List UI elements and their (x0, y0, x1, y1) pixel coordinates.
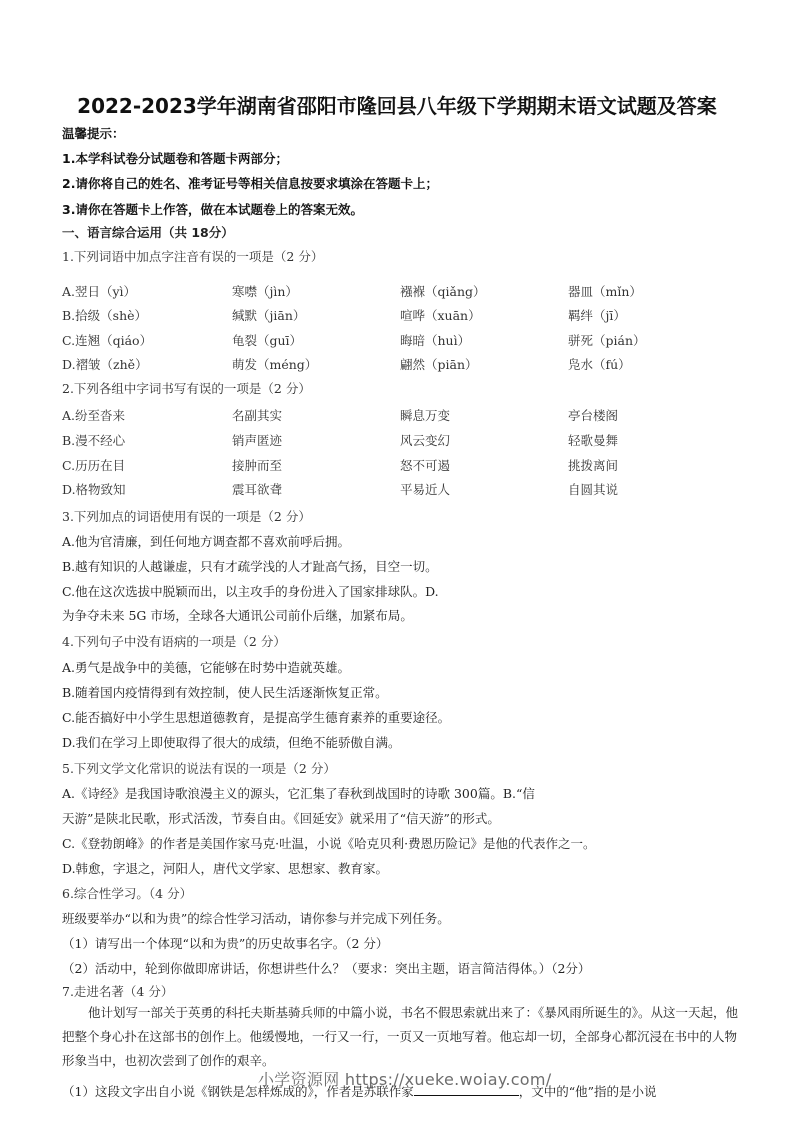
q1-b-4: 羁绊（jī） (568, 306, 626, 324)
q2-b-2: 销声匿迹 (232, 431, 282, 449)
question-4-stem: 4.下列句子中没有语病的一项是（2 分） (62, 632, 286, 650)
q2-d-3: 平易近人 (400, 480, 450, 498)
question-3-stem: 3.下列加点的词语使用有误的一项是（2 分） (62, 507, 311, 525)
q1-a-2: 寒噤（jìn） (232, 282, 298, 300)
q4-option-c: C.能否搞好中小学生思想道德教育，是提高学生德育素养的重要途径。 (62, 708, 450, 726)
q1-d-2: 萌发（méng） (232, 355, 317, 373)
q1-a-4: 器皿（mǐn） (568, 282, 642, 300)
document-title: 2022-2023学年湖南省邵阳市隆回县八年级下学期期末语文试题及答案 (0, 90, 794, 119)
q4-option-a: A.勇气是战争中的美德，它能够在时势中造就英雄。 (62, 658, 350, 676)
q2-option-row-b: B.漫不经心 销声匿迹 风云变幻 轻歌曼舞 (62, 431, 742, 449)
q1-c-2: 龟裂（guī） (232, 331, 302, 349)
question-2-stem: 2.下列各组中字词书写有误的一项是（2 分） (62, 379, 311, 397)
q2-c-1: C.历历在目 (62, 456, 125, 474)
notice-item-2: 2.请你将自己的姓名、准考证号等相关信息按要求填涂在答题卡上； (62, 174, 438, 192)
q3-option-a: A.他为官清廉，到任何地方调查都不喜欢前呼后拥。 (62, 532, 350, 550)
watermark: 小学资源网 https://xueke.woiay.com/ (258, 1067, 551, 1090)
question-5-stem: 5.下列文学文化常识的说法有误的一项是（2 分） (62, 759, 336, 777)
q6-intro: 班级要举办“以和为贵”的综合性学习活动，请你参与并完成下列任务。 (62, 909, 450, 927)
q1-a-1: A.翌日（yì） (62, 282, 136, 300)
q1-c-1: C.连翘（qiáo） (62, 331, 152, 349)
notice-item-1: 1.本学科试卷分试题卷和答题卡两部分； (62, 149, 288, 167)
q5-option-a: A.《诗经》是我国诗歌浪漫主义的源头，它汇集了春秋到战国时的诗歌 300篇。B.… (62, 784, 535, 802)
q2-a-1: A.纷至沓来 (62, 406, 125, 424)
q1-d-4: 凫水（fú） (568, 355, 631, 373)
q7-passage: 他计划写一部关于英勇的科托夫斯基骑兵师的中篇小说，书名不假思索就出来了：《暴风雨… (62, 1001, 742, 1073)
q1-option-row-b: B.拾级（shè） 缄默（jiān） 喧哗（xuān） 羁绊（jī） (62, 306, 742, 324)
q1-b-2: 缄默（jiān） (232, 306, 305, 324)
notice-item-3: 3.请你在答题卡上作答，做在本试题卷上的答案无效。 (62, 200, 363, 218)
q2-a-4: 亭台楼阁 (568, 406, 618, 424)
q2-c-3: 怒不可遏 (400, 456, 450, 474)
q1-b-1: B.拾级（shè） (62, 306, 147, 324)
q2-option-row-a: A.纷至沓来 名副其实 瞬息万变 亭台楼阁 (62, 406, 742, 424)
q1-option-row-c: C.连翘（qiáo） 龟裂（guī） 晦暗（huì） 骈死（pián） (62, 331, 742, 349)
q6-sub-2: （2）活动中，轮到你做即席讲话，你想讲些什么？（要求：突出主题，语言简洁得体。）… (62, 959, 590, 977)
q2-b-3: 风云变幻 (400, 431, 450, 449)
q1-c-3: 晦暗（huì） (400, 331, 470, 349)
q1-a-3: 襁褓（qiǎng） (400, 282, 486, 300)
q2-a-3: 瞬息万变 (400, 406, 450, 424)
q4-option-d: D.我们在学习上即使取得了很大的成绩，但绝不能骄傲自满。 (62, 733, 401, 751)
q1-d-3: 翩然（piān） (400, 355, 478, 373)
question-1-stem: 1.下列词语中加点字注音有误的一项是（2 分） (62, 247, 323, 265)
notice-heading: 温馨提示： (62, 124, 125, 142)
q4-option-b: B.随着国内疫情得到有效控制，使人民生活逐渐恢复正常。 (62, 683, 388, 701)
q2-d-4: 自圆其说 (568, 480, 618, 498)
q2-option-row-d: D.格物致知 震耳欲聋 平易近人 自圆其说 (62, 480, 742, 498)
q2-option-row-c: C.历历在目 接肿而至 怒不可遏 挑拨离间 (62, 456, 742, 474)
q5-option-d: D.韩愈，字退之，河阳人，唐代文学家、思想家、教育家。 (62, 859, 388, 877)
q3-option-c: C.他在这次选拔中脱颖而出，以主攻手的身份进入了国家排球队。D. (62, 582, 439, 600)
q2-b-1: B.漫不经心 (62, 431, 125, 449)
q2-d-1: D.格物致知 (62, 480, 126, 498)
q5-option-b: 天游”是陕北民歌，形式活泼，节奏自由。《回延安》就采用了“信天游”的形式。 (62, 809, 500, 827)
exam-page: 2022-2023学年湖南省邵阳市隆回县八年级下学期期末语文试题及答案 温馨提示… (0, 0, 794, 1122)
q2-a-2: 名副其实 (232, 406, 282, 424)
q2-c-4: 挑拨离间 (568, 456, 618, 474)
q2-d-2: 震耳欲聋 (232, 480, 282, 498)
q1-option-row-a: A.翌日（yì） 寒噤（jìn） 襁褓（qiǎng） 器皿（mǐn） (62, 282, 742, 300)
q3-option-b: B.越有知识的人越谦虚，只有才疏学浅的人才趾高气扬，目空一切。 (62, 557, 438, 575)
question-6-stem: 6.综合性学习。（4 分） (62, 884, 192, 902)
q1-option-row-d: D.褶皱（zhě） 萌发（méng） 翩然（piān） 凫水（fú） (62, 355, 742, 373)
q3-option-d: 为争夺未来 5G 市场，全球各大通讯公司前仆后继，加紧布局。 (62, 606, 413, 624)
q2-b-4: 轻歌曼舞 (568, 431, 618, 449)
section-1-heading: 一、语言综合运用（共 18分） (62, 223, 234, 241)
q1-d-1: D.褶皱（zhě） (62, 355, 148, 373)
q5-option-c: C.《登勃朗峰》的作者是美国作家马克·吐温，小说《哈克贝利·费恩历险记》是他的代… (62, 834, 596, 852)
q1-b-3: 喧哗（xuān） (400, 306, 481, 324)
question-7-stem: 7.走进名著（4 分） (62, 982, 173, 1000)
q2-c-2: 接肿而至 (232, 456, 282, 474)
q6-sub-1: （1）请写出一个体现“以和为贵”的历史故事名字。（2 分） (62, 934, 388, 952)
q1-c-4: 骈死（pián） (568, 331, 646, 349)
